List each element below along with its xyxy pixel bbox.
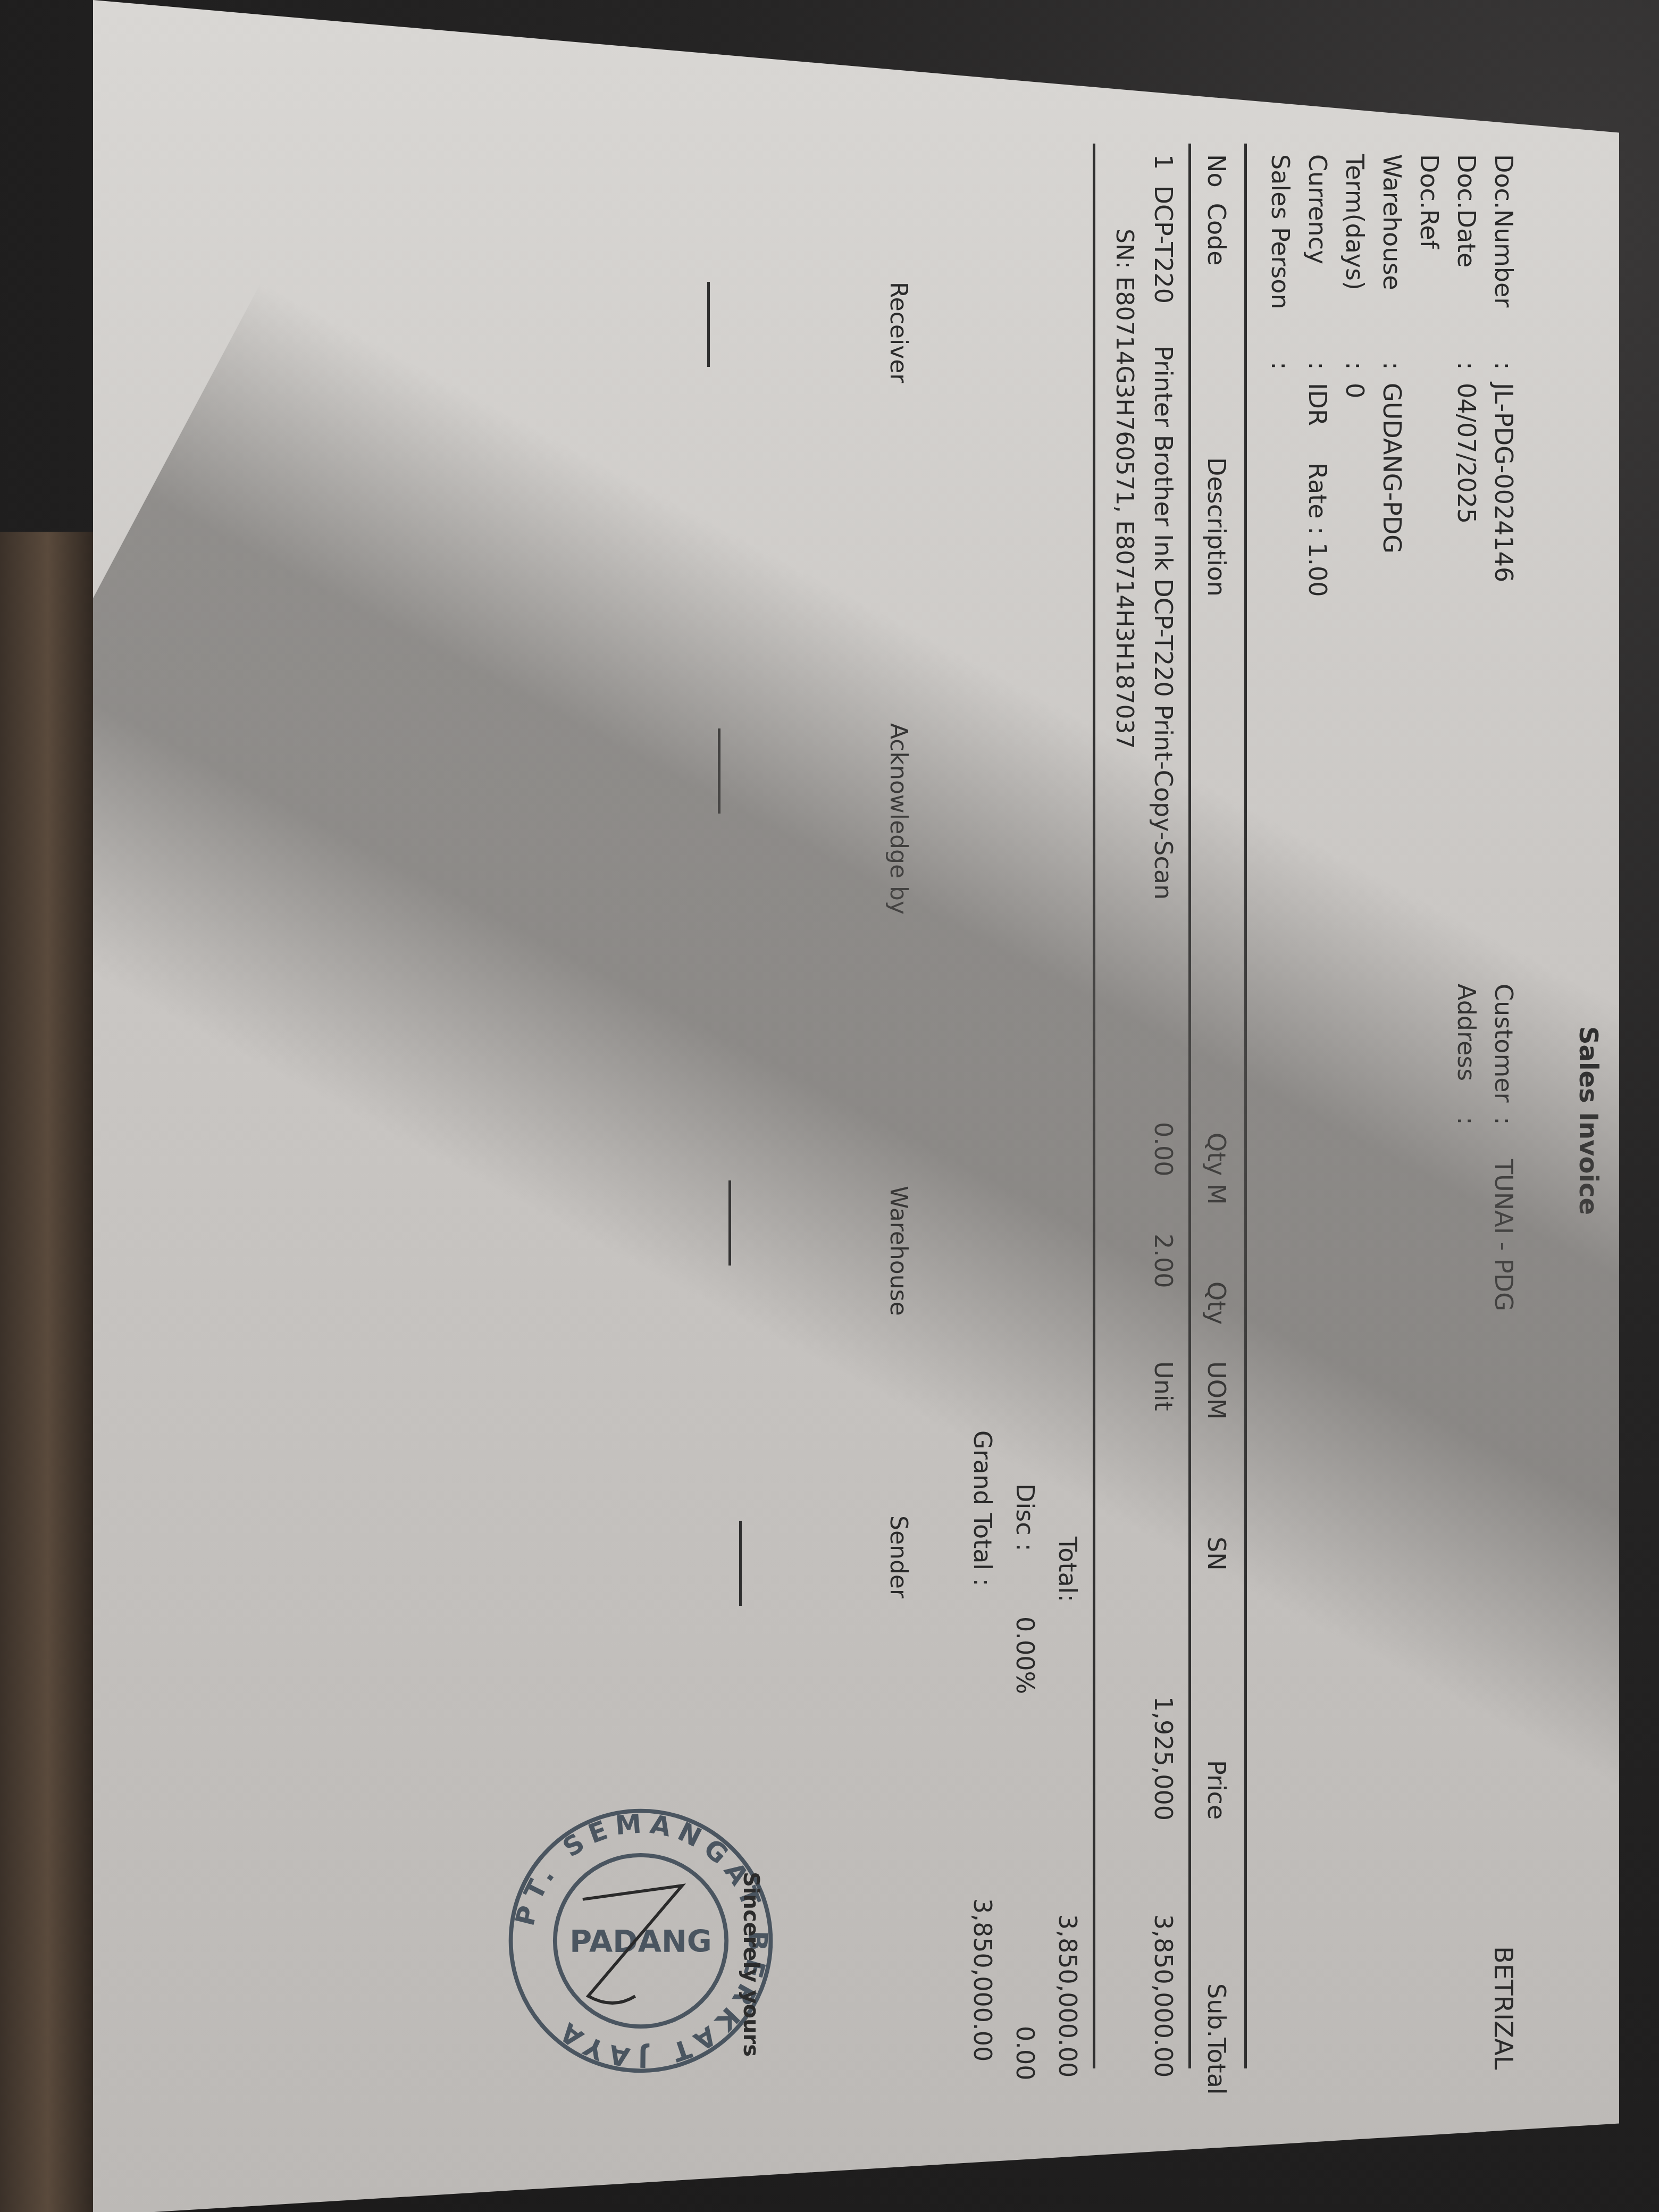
total-value: 3,850,000.00 [1053,1914,1082,2077]
company-stamp: PT. SEMANGAT BERKAT JAYA PADANG [502,1803,779,2079]
field-address: Address: [1452,984,1481,1159]
field-warehouse: Warehouse:GUDANG-PDG [1378,154,1406,554]
field-doc-ref: Doc.Ref [1415,154,1444,362]
sincerely-label: Sincerely yours [739,1872,763,2057]
field-label: Address [1452,984,1481,1117]
table-top-rule [1244,144,1247,2068]
signature-line-acknowledge [718,728,720,814]
col-header-uom: UOM [1202,1361,1231,1420]
total-label: Total: [1053,1537,1082,1602]
cell-subtotal: 3,850,000.00 [1149,1914,1178,2077]
signature-line-sender [739,1521,742,1606]
field-term-days: Term(days):0 [1340,154,1369,398]
table-header-rule [1188,144,1191,2068]
cell-uom: Unit [1149,1361,1178,1411]
field-label: Doc.Number [1489,154,1518,362]
field-doc-number: Doc.Number:JL-PDG-0024146 [1489,154,1518,582]
col-header-qty-m: Qty M [1202,1133,1231,1205]
disc-label: Disc : [1011,1484,1040,1552]
signature-label-acknowledge: Acknowledge by [885,723,912,915]
col-header-subtotal: Sub.Total [1202,1983,1231,2095]
grand-total-value: 3,850,000.00 [968,1898,997,2062]
field-label: Warehouse [1378,154,1406,362]
field-label: Doc.Ref [1415,154,1444,362]
col-header-sn: SN [1202,1537,1231,1571]
cell-price: 1,925,000 [1149,1696,1178,1821]
signature-label-receiver: Receiver [885,282,912,383]
grand-total-label: Grand Total : [968,1430,997,1586]
currency-rate: Rate : 1.00 [1303,463,1332,597]
stamp-inner-text: PADANG [569,1924,711,1959]
field-label: Sales Person [1266,154,1295,362]
cell-qty-m: 0.00 [1149,1122,1178,1176]
disc-value: 0.00 [1011,2026,1040,2080]
field-label: Doc.Date [1452,154,1481,362]
signature-line-warehouse [728,1180,731,1266]
field-value: 04/07/2025 [1452,383,1481,524]
photo-scene: Sales Invoice Doc.Number:JL-PDG-0024146 … [0,0,1659,2212]
col-header-no-code: No Code [1202,154,1231,266]
sales-person-name: BETRIZAL [1488,1946,1518,2070]
field-doc-date: Doc.Date:04/07/2025 [1452,154,1481,524]
cell-serial-numbers: SN: E80714G3H760571, E80714H3H187037 [1111,229,1138,749]
field-value: JL-PDG-0024146 [1489,383,1518,582]
stamp-seal-icon: PT. SEMANGAT BERKAT JAYA PADANG [502,1803,779,2079]
cell-qty: 2.00 [1149,1234,1178,1288]
invoice-paper: Sales Invoice Doc.Number:JL-PDG-0024146 … [93,0,1619,2212]
field-value: IDR [1303,383,1332,463]
field-sales-person: Sales Person: [1266,154,1295,383]
field-value: GUDANG-PDG [1378,383,1406,554]
document-title: Sales Invoice [1573,1026,1603,1215]
field-label: Currency [1303,154,1332,362]
table-bottom-rule [1093,144,1095,2068]
cell-no-code: 1 DCP-T220 [1149,154,1178,304]
signature-label-warehouse: Warehouse [885,1186,912,1316]
col-header-qty: Qty [1202,1281,1231,1325]
invoice-page: Sales Invoice Doc.Number:JL-PDG-0024146 … [183,122,1619,2196]
field-customer: Customer:TUNAI - PDG [1489,984,1518,1311]
field-value: TUNAI - PDG [1489,1159,1518,1311]
field-label: Term(days) [1340,154,1369,362]
col-header-price: Price [1202,1760,1231,1820]
table-edge [0,532,96,2212]
field-label: Customer [1489,984,1518,1117]
disc-percent: 0.00% [1011,1616,1040,1694]
cell-description: Printer Brother Ink DCP-T220 Print-Copy-… [1149,346,1178,900]
signature-line-receiver [707,282,710,367]
field-currency: Currency:IDRRate : 1.00 [1303,154,1332,597]
col-header-description: Description [1202,457,1231,597]
field-value: 0 [1340,383,1369,398]
signature-label-sender: Sender [885,1515,912,1598]
